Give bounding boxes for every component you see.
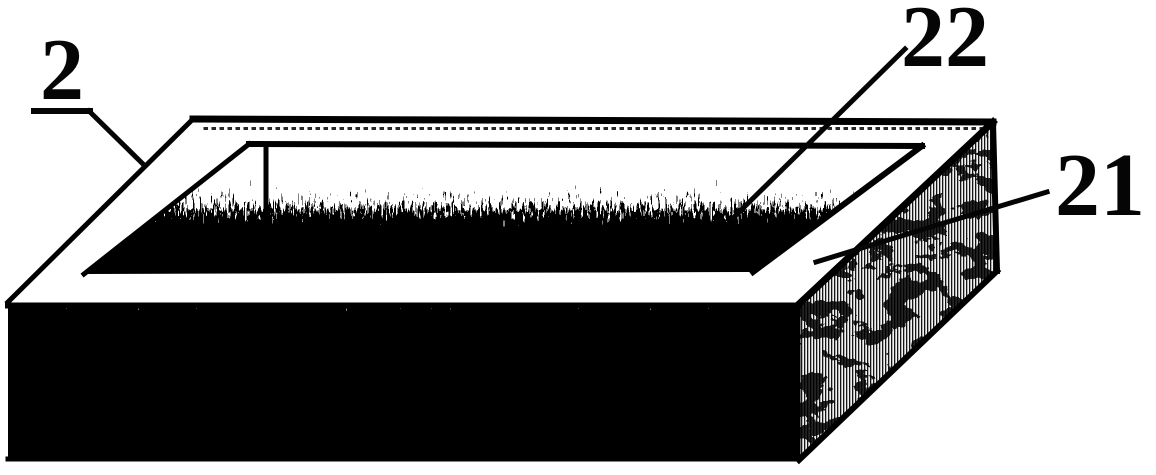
tray-front-face [8,303,798,461]
reference-label-2: 2 [40,22,84,119]
reference-label-22: 22 [901,0,989,86]
opening-back-edge [249,144,922,146]
patent-figure-svg: 2 22 21 [0,0,1156,475]
diagram-canvas: 2 22 21 [0,0,1156,475]
back-top-edge [193,119,993,122]
right-back-edge [993,122,997,271]
reference-label-21: 21 [1055,136,1145,235]
